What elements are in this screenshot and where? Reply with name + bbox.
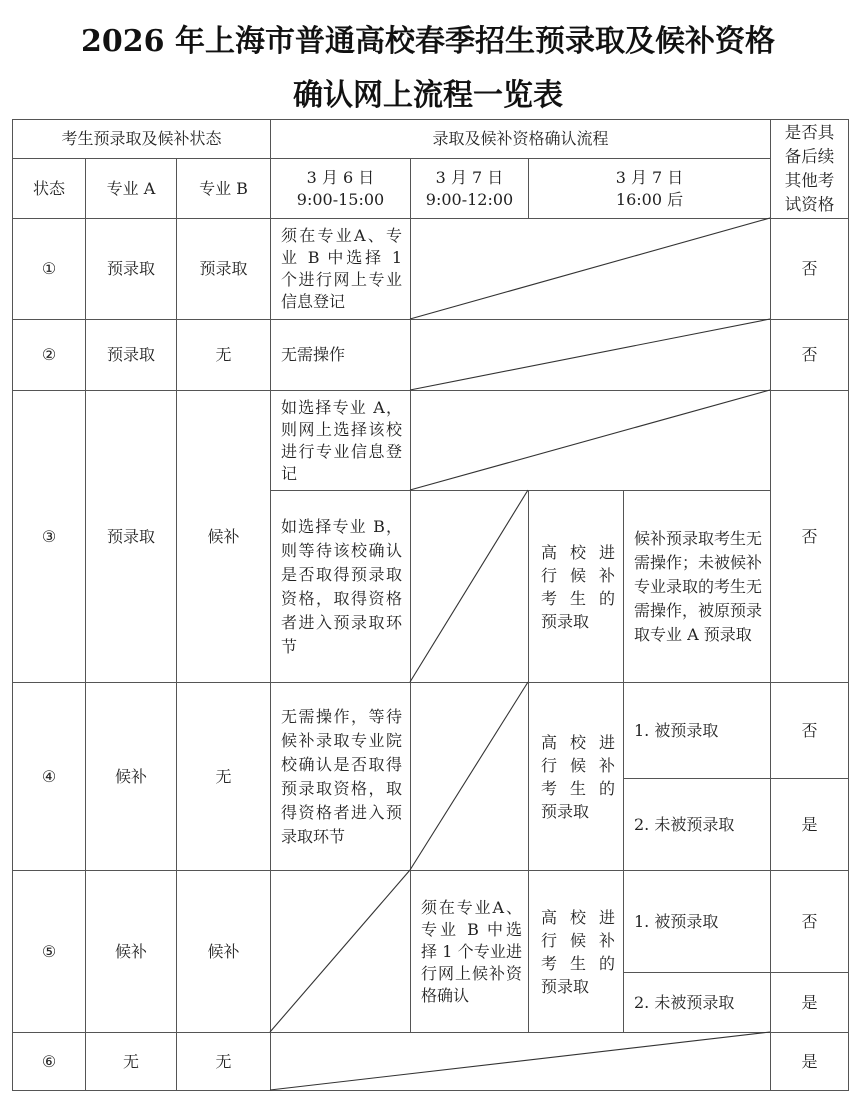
row6-empty-span xyxy=(270,1032,771,1091)
col-status-label: 状态 xyxy=(33,178,65,200)
row1-mar6-action: 须在专业A、专业 B 中选择 1 个进行网上专业信息登记 xyxy=(270,218,411,320)
row4-outcome-2-eligible: 是 xyxy=(770,778,849,871)
row1-major-a-text: 预录取 xyxy=(107,258,155,280)
row4-outcome-1-text: 1. 被预录取 xyxy=(634,720,718,742)
row4-status-text: ④ xyxy=(42,766,56,788)
col-mar6-label: 3 月 6 日 9:00-15:00 xyxy=(297,167,384,211)
row2-major-a: 预录取 xyxy=(85,319,177,391)
row2-empty-span xyxy=(410,319,771,391)
header-eligibility: 是否具 备后续 其他考 试资格 xyxy=(770,119,849,219)
row2-major-b: 无 xyxy=(176,319,271,391)
row5-major-b-text: 候补 xyxy=(207,941,239,963)
row4-outcome-1-eligible-text: 否 xyxy=(801,720,817,742)
row3-option-a-text: 如选择专业 A，则网上选择该校进行专业信息登记 xyxy=(281,397,402,485)
row5-mar7am-text: 须在专业A、专业 B 中选择 1 个专业进行网上候补资格确认 xyxy=(421,897,522,1007)
header-col-major-b: 专业 B xyxy=(176,158,271,219)
row5-outcome-1-eligible-text: 否 xyxy=(801,911,817,933)
row1-eligible-text: 否 xyxy=(801,258,817,280)
row5-outcome-2-eligible: 是 xyxy=(770,972,849,1033)
row1-status-text: ① xyxy=(42,258,56,280)
row5-outcome-1-text: 1. 被预录取 xyxy=(634,911,718,933)
row3-major-b: 候补 xyxy=(176,390,271,683)
row4-school-step: 高 校 进 行 候 补 考 生 的 预录取 xyxy=(528,682,624,871)
row4-major-a: 候补 xyxy=(85,682,177,871)
row1-mar6-text: 须在专业A、专业 B 中选择 1 个进行网上专业信息登记 xyxy=(281,225,402,313)
row5-mar7am-action: 须在专业A、专业 B 中选择 1 个专业进行网上候补资格确认 xyxy=(410,870,529,1033)
row2-status-text: ② xyxy=(42,344,56,366)
header-col-mar7-am: 3 月 7 日 9:00-12:00 xyxy=(410,158,529,219)
row5-outcome-2-eligible-text: 是 xyxy=(801,992,817,1014)
row5-school-step: 高 校 进 行 候 补 考 生 的 预录取 xyxy=(528,870,624,1033)
row6-eligible-text: 是 xyxy=(801,1051,817,1073)
row3-option-b-result: 候补预录取考生无需操作；未被候补专业录取的考生无需操作，被原预录取专业 A 预录… xyxy=(623,490,771,683)
row5-status-text: ⑤ xyxy=(42,941,56,963)
row5-outcome-1: 1. 被预录取 xyxy=(623,870,771,973)
row4-mar6-action: 无需操作，等待候补录取专业院校确认是否取得预录取资格，取得资格者进入预录取环节 xyxy=(270,682,411,871)
header-col-mar6: 3 月 6 日 9:00-15:00 xyxy=(270,158,411,219)
header-flow-group-label: 录取及候补资格确认流程 xyxy=(432,128,608,150)
row2-mar6-text: 无需操作 xyxy=(281,344,345,366)
title-line-2: 确认网上流程一览表 xyxy=(0,70,856,114)
row2-major-a-text: 预录取 xyxy=(107,344,155,366)
row6-major-a: 无 xyxy=(85,1032,177,1091)
row6-major-b-text: 无 xyxy=(215,1051,231,1073)
row3-result-text: 候补预录取考生无需操作；未被候补专业录取的考生无需操作，被原预录取专业 A 预录… xyxy=(634,527,762,647)
row1-status: ① xyxy=(12,218,86,320)
row2-status: ② xyxy=(12,319,86,391)
row3-major-b-text: 候补 xyxy=(207,526,239,548)
row3-major-a-text: 预录取 xyxy=(107,526,155,548)
row5-mar6-empty xyxy=(270,870,411,1033)
row5-outcome-2-text: 2. 未被预录取 xyxy=(634,992,734,1014)
row3-option-a-empty-span xyxy=(410,390,771,491)
row3-major-a: 预录取 xyxy=(85,390,177,683)
row4-major-a-text: 候补 xyxy=(115,766,147,788)
row3-status-text: ③ xyxy=(42,526,56,548)
row1-major-a: 预录取 xyxy=(85,218,177,320)
row5-outcome-1-eligible: 否 xyxy=(770,870,849,973)
header-flow-group: 录取及候补资格确认流程 xyxy=(270,119,771,159)
row3-eligible-text: 否 xyxy=(801,526,817,548)
row1-empty-span xyxy=(410,218,771,320)
row2-mar6-action: 无需操作 xyxy=(270,319,411,391)
row4-mar6-text: 无需操作，等待候补录取专业院校确认是否取得预录取资格，取得资格者进入预录取环节 xyxy=(281,705,402,849)
row3-option-b-school-step: 高 校 进 行 候 补 考 生 的 预录取 xyxy=(528,490,624,683)
row4-school-step-text: 高 校 进 行 候 补 考 生 的 预录取 xyxy=(541,731,615,823)
row1-eligible: 否 xyxy=(770,218,849,320)
row3-eligible: 否 xyxy=(770,390,849,683)
row1-major-b-text: 预录取 xyxy=(199,258,247,280)
row4-status: ④ xyxy=(12,682,86,871)
header-status-group: 考生预录取及候补状态 xyxy=(12,119,271,159)
row4-major-b: 无 xyxy=(176,682,271,871)
row5-status: ⑤ xyxy=(12,870,86,1033)
header-col-status: 状态 xyxy=(12,158,86,219)
row4-outcome-1: 1. 被预录取 xyxy=(623,682,771,779)
row2-eligible: 否 xyxy=(770,319,849,391)
row3-school-step-text: 高 校 进 行 候 补 考 生 的 预录取 xyxy=(541,541,615,633)
row5-major-a-text: 候补 xyxy=(115,941,147,963)
row5-school-step-text: 高 校 进 行 候 补 考 生 的 预录取 xyxy=(541,906,615,998)
row4-outcome-2-text: 2. 未被预录取 xyxy=(634,814,734,836)
col-major-a-label: 专业 A xyxy=(107,178,156,200)
row4-mar7am-empty xyxy=(410,682,529,871)
row5-major-a: 候补 xyxy=(85,870,177,1033)
row2-eligible-text: 否 xyxy=(801,344,817,366)
row6-status-text: ⑥ xyxy=(42,1051,56,1073)
header-col-major-a: 专业 A xyxy=(85,158,177,219)
row5-outcome-2: 2. 未被预录取 xyxy=(623,972,771,1033)
title-line-1: 2026 年上海市普通高校春季招生预录取及候补资格 xyxy=(0,16,856,60)
header-eligibility-label: 是否具 备后续 其他考 试资格 xyxy=(785,121,835,217)
row3-option-a-action: 如选择专业 A，则网上选择该校进行专业信息登记 xyxy=(270,390,411,491)
row4-major-b-text: 无 xyxy=(215,766,231,788)
col-major-b-label: 专业 B xyxy=(199,178,248,200)
row5-major-b: 候补 xyxy=(176,870,271,1033)
row2-major-b-text: 无 xyxy=(215,344,231,366)
row3-option-b-action: 如选择专业 B，则等待该校确认是否取得预录取资格，取得资格者进入预录取环节 xyxy=(270,490,411,683)
header-status-group-label: 考生预录取及候补状态 xyxy=(61,128,221,150)
row3-option-b-text: 如选择专业 B，则等待该校确认是否取得预录取资格，取得资格者进入预录取环节 xyxy=(281,515,402,659)
row6-major-b: 无 xyxy=(176,1032,271,1091)
row4-outcome-2-eligible-text: 是 xyxy=(801,814,817,836)
row6-eligible: 是 xyxy=(770,1032,849,1091)
row1-major-b: 预录取 xyxy=(176,218,271,320)
col-mar7-pm-label: 3 月 7 日 16:00 后 xyxy=(616,167,684,211)
row6-major-a-text: 无 xyxy=(123,1051,139,1073)
row3-option-b-empty xyxy=(410,490,529,683)
row4-outcome-2: 2. 未被预录取 xyxy=(623,778,771,871)
row4-outcome-1-eligible: 否 xyxy=(770,682,849,779)
header-col-mar7-pm: 3 月 7 日 16:00 后 xyxy=(528,158,771,219)
row3-status: ③ xyxy=(12,390,86,683)
col-mar7-am-label: 3 月 7 日 9:00-12:00 xyxy=(426,167,513,211)
row6-status: ⑥ xyxy=(12,1032,86,1091)
